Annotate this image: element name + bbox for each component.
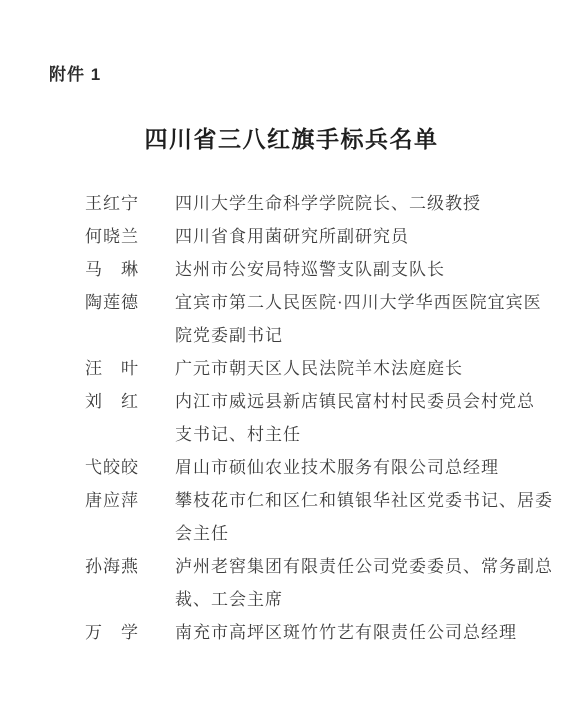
list-item: 弋皎皎 眉山市硕仙农业技术服务有限公司总经理 xyxy=(85,451,560,484)
list-item: 陶莲德 宜宾市第二人民医院·四川大学华西医院宜宾医院党委副书记 xyxy=(85,286,560,352)
list-item: 汪 叶 广元市朝天区人民法院羊木法庭庭长 xyxy=(85,352,560,385)
position-line: 攀枝花市仁和区仁和镇银华社区党委书记、居委 xyxy=(175,484,560,517)
list-item: 马 琳 达州市公安局特巡警支队副支队长 xyxy=(85,253,560,286)
position-line: 达州市公安局特巡警支队副支队长 xyxy=(175,253,560,286)
person-position: 南充市高坪区斑竹竹艺有限责任公司总经理 xyxy=(175,616,560,649)
position-line: 泸州老窖集团有限责任公司党委委员、常务副总 xyxy=(175,550,560,583)
position-line: 眉山市硕仙农业技术服务有限公司总经理 xyxy=(175,451,560,484)
person-position: 泸州老窖集团有限责任公司党委委员、常务副总裁、工会主席 xyxy=(175,550,560,616)
position-line: 广元市朝天区人民法院羊木法庭庭长 xyxy=(175,352,560,385)
list-item: 刘 红 内江市威远县新店镇民富村村民委员会村党总支书记、村主任 xyxy=(85,385,560,451)
list-item: 唐应萍 攀枝花市仁和区仁和镇银华社区党委书记、居委会主任 xyxy=(85,484,560,550)
position-line: 内江市威远县新店镇民富村村民委员会村党总 xyxy=(175,385,560,418)
document-page: 附件 1 四川省三八红旗手标兵名单 王红宁 四川大学生命科学学院院长、二级教授 … xyxy=(0,0,583,715)
person-position: 眉山市硕仙农业技术服务有限公司总经理 xyxy=(175,451,560,484)
position-line: 裁、工会主席 xyxy=(175,583,560,616)
list-item: 何晓兰 四川省食用菌研究所副研究员 xyxy=(85,220,560,253)
position-line: 支书记、村主任 xyxy=(175,418,560,451)
awardee-list: 王红宁 四川大学生命科学学院院长、二级教授 何晓兰 四川省食用菌研究所副研究员 … xyxy=(85,187,560,649)
person-name: 马 琳 xyxy=(85,253,175,286)
person-name: 陶莲德 xyxy=(85,286,175,319)
page-title: 四川省三八红旗手标兵名单 xyxy=(0,121,583,154)
position-line: 宜宾市第二人民医院·四川大学华西医院宜宾医 xyxy=(175,286,560,319)
person-name: 刘 红 xyxy=(85,385,175,418)
person-name: 王红宁 xyxy=(85,187,175,220)
list-item: 万 学 南充市高坪区斑竹竹艺有限责任公司总经理 xyxy=(85,616,560,649)
position-line: 四川省食用菌研究所副研究员 xyxy=(175,220,560,253)
position-line: 院党委副书记 xyxy=(175,319,560,352)
person-position: 宜宾市第二人民医院·四川大学华西医院宜宾医院党委副书记 xyxy=(175,286,560,352)
person-position: 达州市公安局特巡警支队副支队长 xyxy=(175,253,560,286)
position-line: 南充市高坪区斑竹竹艺有限责任公司总经理 xyxy=(175,616,560,649)
person-position: 四川大学生命科学学院院长、二级教授 xyxy=(175,187,560,220)
person-position: 攀枝花市仁和区仁和镇银华社区党委书记、居委会主任 xyxy=(175,484,560,550)
person-name: 唐应萍 xyxy=(85,484,175,517)
list-item: 王红宁 四川大学生命科学学院院长、二级教授 xyxy=(85,187,560,220)
attachment-label: 附件 1 xyxy=(49,60,101,85)
person-name: 汪 叶 xyxy=(85,352,175,385)
person-name: 何晓兰 xyxy=(85,220,175,253)
position-line: 会主任 xyxy=(175,517,560,550)
person-name: 万 学 xyxy=(85,616,175,649)
person-position: 四川省食用菌研究所副研究员 xyxy=(175,220,560,253)
person-position: 广元市朝天区人民法院羊木法庭庭长 xyxy=(175,352,560,385)
person-name: 孙海燕 xyxy=(85,550,175,583)
list-item: 孙海燕 泸州老窖集团有限责任公司党委委员、常务副总裁、工会主席 xyxy=(85,550,560,616)
position-line: 四川大学生命科学学院院长、二级教授 xyxy=(175,187,560,220)
person-position: 内江市威远县新店镇民富村村民委员会村党总支书记、村主任 xyxy=(175,385,560,451)
person-name: 弋皎皎 xyxy=(85,451,175,484)
